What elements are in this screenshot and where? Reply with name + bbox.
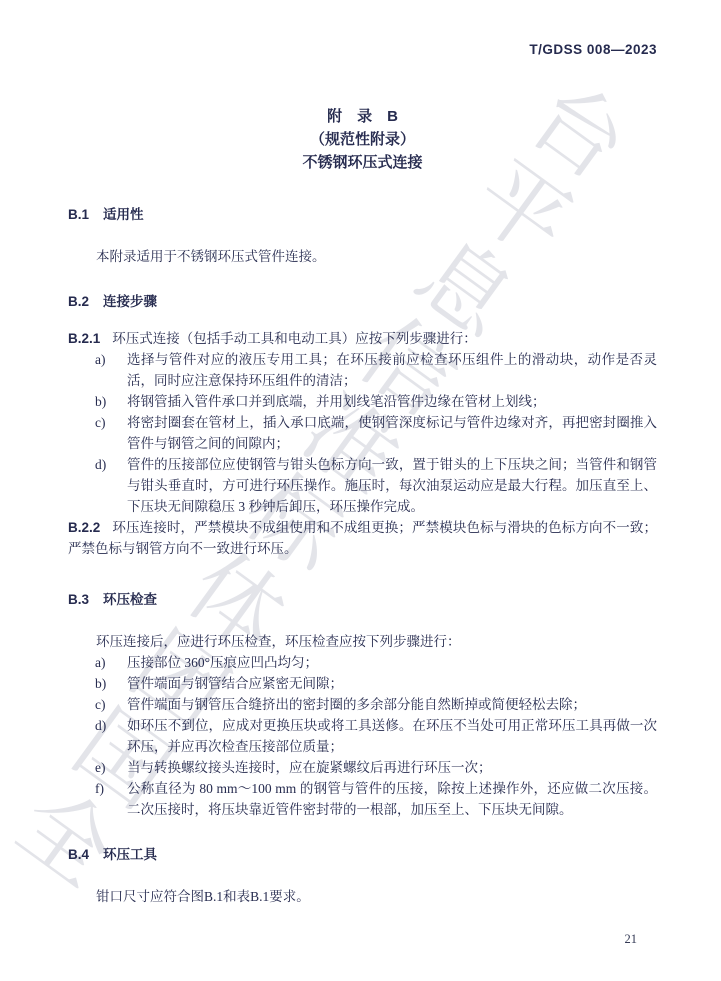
page-number: 21	[625, 932, 638, 947]
paragraph-b4: 钳口尺寸应符合图B.1和表B.1要求。	[68, 886, 657, 907]
list-b21: a)选择与管件对应的液压专用工具；在环压接前应检查环压组件上的滑动块，动作是否灵…	[68, 349, 657, 517]
clause-number: B.2.2	[68, 520, 100, 535]
section-title: 环压工具	[103, 847, 157, 862]
paragraph-b3-intro: 环压连接后，应进行环压检查，环压检查应按下列步骤进行：	[68, 631, 657, 652]
list-item: a)选择与管件对应的液压专用工具；在环压接前应检查环压组件上的滑动块，动作是否灵…	[68, 349, 657, 391]
list-item-label: e)	[95, 757, 106, 778]
section-title: 连接步骤	[103, 294, 157, 309]
clause-b22: B.2.2环压连接时，严禁模块不成组使用和不成组更换；严禁模块色标与滑块的色标方…	[68, 517, 657, 559]
list-item: c)管件端面与钢管压合缝挤出的密封圈的多余部分能自然断掉或简便轻松去除；	[68, 694, 657, 715]
list-item-label: a)	[95, 349, 106, 370]
list-item-label: c)	[95, 694, 106, 715]
list-item-label: f)	[95, 778, 104, 799]
page-content: T/GDSS 008—2023 附 录 B （规范性附录） 不锈钢环压式连接 B…	[0, 0, 721, 907]
section-title: 适用性	[103, 207, 144, 222]
appendix-title: 附 录 B	[68, 105, 657, 128]
list-item-label: c)	[95, 412, 106, 433]
standard-number: T/GDSS 008—2023	[529, 42, 657, 57]
list-item-text: 管件端面与钢管压合缝挤出的密封圈的多余部分能自然断掉或简便轻松去除；	[127, 697, 586, 712]
list-item-text: 管件的压接部位应使钢管与钳头色标方向一致，置于钳头的上下压块之间；当管件和钢管与…	[127, 457, 657, 514]
clause-text: 环压连接时，严禁模块不成组使用和不成组更换；严禁模块色标与滑块的色标方向不一致；…	[68, 520, 657, 556]
list-item-label: b)	[95, 391, 106, 412]
list-item: a)压接部位 360°压痕应凹凸均匀；	[68, 652, 657, 673]
list-item-text: 如环压不到位，应成对更换压块或将工具送修。在环压不当处可用正常环压工具再做一次环…	[127, 718, 657, 754]
list-item: d)管件的压接部位应使钢管与钳头色标方向一致，置于钳头的上下压块之间；当管件和钢…	[68, 454, 657, 517]
list-item-text: 压接部位 360°压痕应凹凸均匀；	[127, 655, 318, 670]
appendix-name: 不锈钢环压式连接	[68, 151, 657, 174]
clause-b21: B.2.1环压式连接（包括手动工具和电动工具）应按下列步骤进行：	[68, 328, 657, 349]
list-item-text: 当与转换螺纹接头连接时，应在旋紧螺纹后再进行环压一次；	[127, 760, 492, 775]
list-item: b)管件端面与钢管结合应紧密无间隙；	[68, 673, 657, 694]
list-item-text: 公称直径为 80 mm～100 mm 的钢管与管件的压接，除按上述操作外，还应做…	[127, 781, 657, 817]
appendix-title-block: 附 录 B （规范性附录） 不锈钢环压式连接	[68, 105, 657, 174]
section-heading-b4: B.4环压工具	[68, 846, 657, 864]
list-item: e)当与转换螺纹接头连接时，应在旋紧螺纹后再进行环压一次；	[68, 757, 657, 778]
list-b3: a)压接部位 360°压痕应凹凸均匀； b)管件端面与钢管结合应紧密无间隙； c…	[68, 652, 657, 820]
list-item: d)如环压不到位，应成对更换压块或将工具送修。在环压不当处可用正常环压工具再做一…	[68, 715, 657, 757]
list-item-label: a)	[95, 652, 106, 673]
section-heading-b2: B.2连接步骤	[68, 293, 657, 311]
list-item: c)将密封圈套在管材上，插入承口底端，使钢管深度标记与管件边缘对齐，再把密封圈推…	[68, 412, 657, 454]
list-item-label: d)	[95, 454, 106, 475]
page-header: T/GDSS 008—2023	[68, 0, 657, 57]
section-number: B.4	[68, 847, 89, 862]
clause-text: 环压式连接（包括手动工具和电动工具）应按下列步骤进行：	[112, 331, 477, 346]
section-number: B.1	[68, 207, 89, 222]
section-heading-b3: B.3环压检查	[68, 591, 657, 609]
appendix-subtitle: （规范性附录）	[68, 128, 657, 151]
document-page: 全国团体标准信息平台 T/GDSS 008—2023 附 录 B （规范性附录）…	[0, 0, 721, 981]
clause-number: B.2.1	[68, 331, 100, 346]
list-item: f)公称直径为 80 mm～100 mm 的钢管与管件的压接，除按上述操作外，还…	[68, 778, 657, 820]
list-item-text: 选择与管件对应的液压专用工具；在环压接前应检查环压组件上的滑动块，动作是否灵活，…	[127, 352, 657, 388]
list-item-text: 将钢管插入管件承口并到底端，并用划线笔沿管件边缘在管材上划线；	[127, 394, 546, 409]
section-title: 环压检查	[103, 592, 157, 607]
list-item: b)将钢管插入管件承口并到底端，并用划线笔沿管件边缘在管材上划线；	[68, 391, 657, 412]
paragraph-b1: 本附录适用于不锈钢环压式管件连接。	[68, 246, 657, 267]
list-item-text: 管件端面与钢管结合应紧密无间隙；	[127, 676, 343, 691]
section-number: B.2	[68, 294, 89, 309]
list-item-label: b)	[95, 673, 106, 694]
section-number: B.3	[68, 592, 89, 607]
list-item-text: 将密封圈套在管材上，插入承口底端，使钢管深度标记与管件边缘对齐，再把密封圈推入管…	[127, 415, 657, 451]
list-item-label: d)	[95, 715, 106, 736]
section-heading-b1: B.1适用性	[68, 206, 657, 224]
